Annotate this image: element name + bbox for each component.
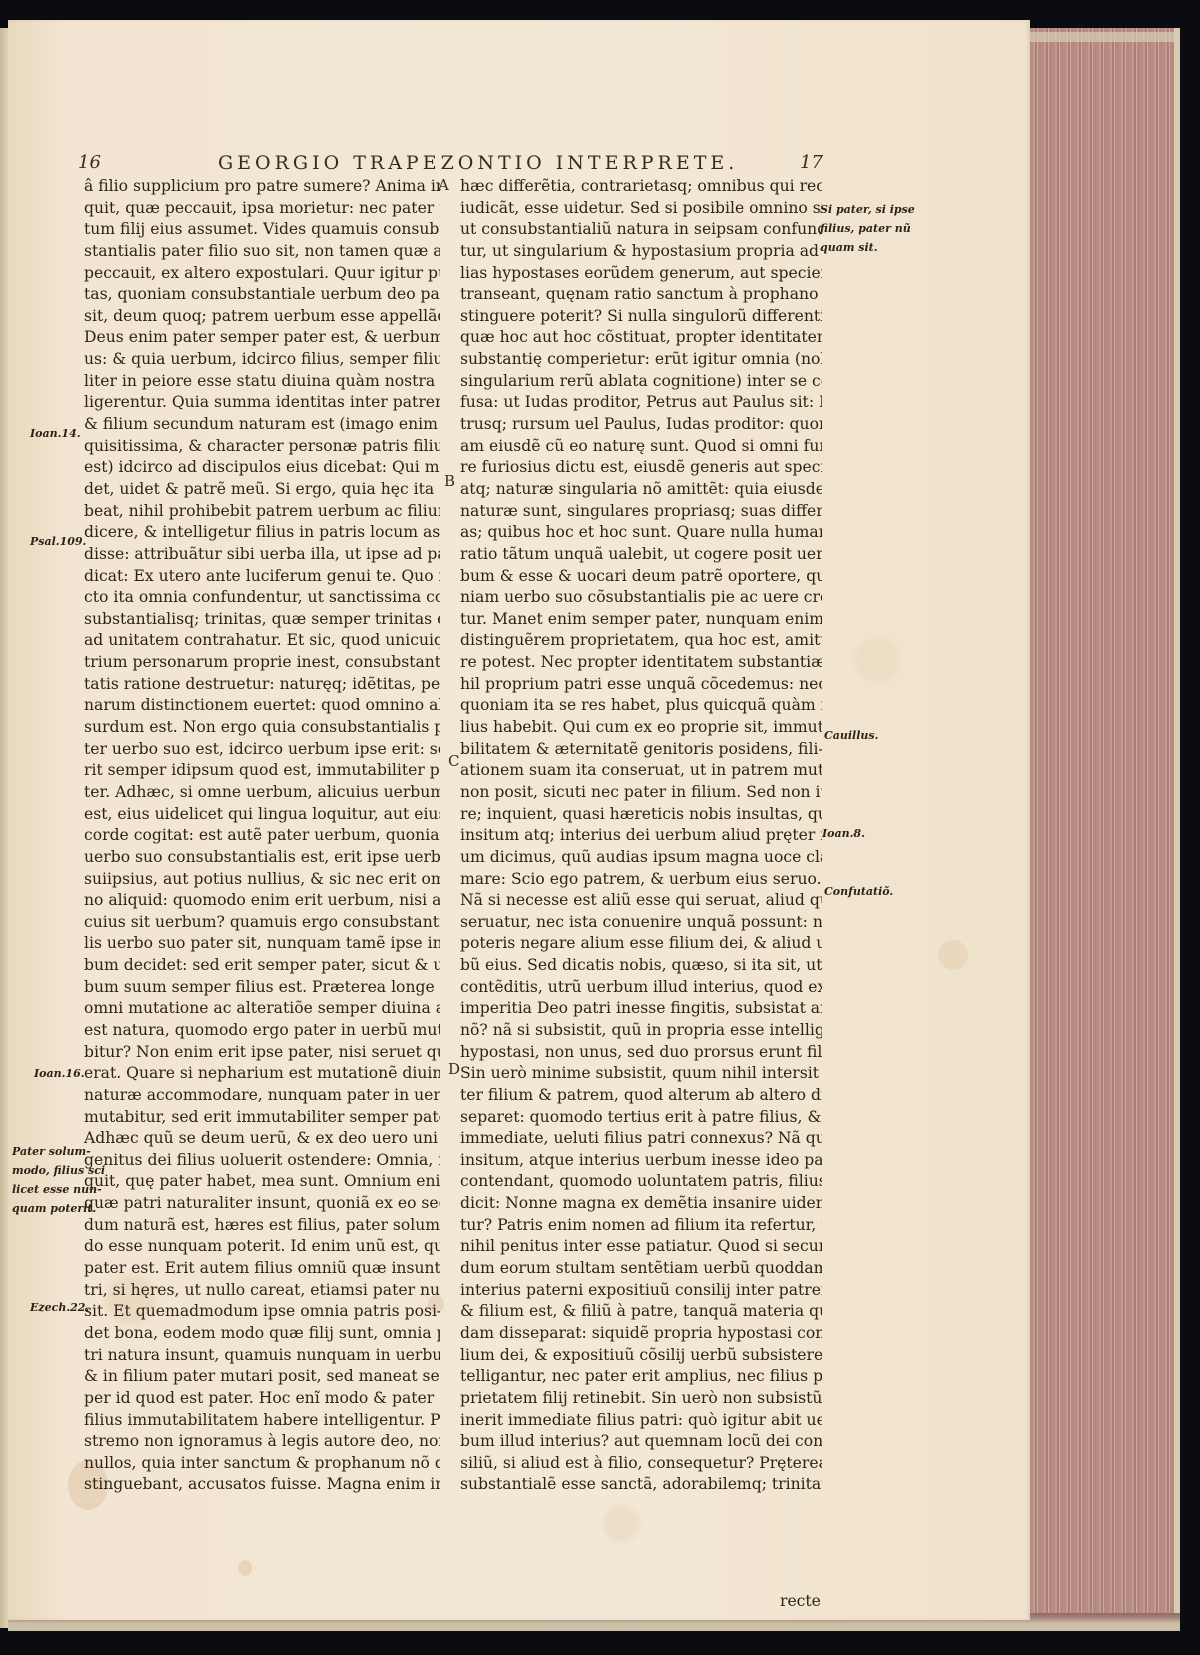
text-line: lis uerbo suo pater sit, nunquam tamẽ ip… <box>84 933 440 955</box>
section-marker-a: A <box>438 176 449 194</box>
running-title: GEORGIO TRAPEZONTIO INTERPRETE. <box>218 152 738 174</box>
text-column-left: â filio supplicium pro patre sumere? Ani… <box>84 176 440 1496</box>
text-line: bilitatem & æternitatẽ genitoris posiden… <box>460 739 822 761</box>
text-line: dicit: Nonne magna ex demẽtia insanire u… <box>460 1193 822 1215</box>
text-line: pater est. Erit autem filius omniũ quæ i… <box>84 1258 440 1280</box>
text-line: mare: Scio ego patrem, & uerbum eius ser… <box>460 869 822 891</box>
text-line: omni mutatione ac alteratiõe semper diui… <box>84 998 440 1020</box>
text-line: contendant, quomodo uoluntatem patris, f… <box>460 1171 822 1193</box>
text-line: hæc differẽtia, contrarietasq; omnibus q… <box>460 176 822 198</box>
text-line: nõ? nã si subsistit, quũ in propria esse… <box>460 1020 822 1042</box>
text-line: tri natura insunt, quamuis nunquam in ue… <box>84 1345 440 1367</box>
text-line: atq; naturæ singularia nõ amittẽt: quia … <box>460 479 822 501</box>
text-line: stremo non ignoramus à legis autore deo,… <box>84 1431 440 1453</box>
text-line: Sin uerò minime subsistit, quum nihil in… <box>460 1063 822 1085</box>
text-line: siliũ, si aliud est à filio, consequetur… <box>460 1453 822 1475</box>
text-line: singularium rerũ ablata cognitione) inte… <box>460 371 822 393</box>
text-line: am eiusdẽ cũ eo naturę sunt. Quod si omn… <box>460 436 822 458</box>
text-line: transeant, quęnam ratio sanctum à propha… <box>460 284 822 306</box>
text-line: as; quibus hoc et hoc sunt. Quare nulla … <box>460 522 822 544</box>
text-line: beat, nihil prohibebit patrem uerbum ac … <box>84 501 440 523</box>
text-line: stinguebant, accusatos fuisse. Magna eni… <box>84 1474 440 1496</box>
text-line: lias hypostases eorũdem generum, aut spe… <box>460 263 822 285</box>
margin-note-si-pater: Si pater, si ipse filius, pater nũ quam … <box>820 200 915 257</box>
text-line: um dicimus, quũ audias ipsum magna uoce … <box>460 847 822 869</box>
text-line: cuius sit uerbum? quamuis ergo consubsta… <box>84 912 440 934</box>
text-line: mutabitur, sed erit immutabiliter semper… <box>84 1107 440 1129</box>
text-line: lius habebit. Qui cum ex eo proprie sit,… <box>460 717 822 739</box>
text-line: substantialisq; trinitas, quæ semper tri… <box>84 609 440 631</box>
margin-note-line: licet esse nun- <box>12 1180 105 1199</box>
margin-note-psal109: Psal.109. <box>30 532 86 551</box>
text-line: cto ita omnia confundentur, ut sanctissi… <box>84 587 440 609</box>
text-line: est, eius uidelicet qui lingua loquitur,… <box>84 804 440 826</box>
margin-note-line: Pater solum- <box>12 1142 105 1161</box>
text-line: bum decidet: sed erit semper pater, sicu… <box>84 955 440 977</box>
margin-note-joan16: Ioan.16. <box>34 1064 85 1083</box>
text-line: tur, ut singularium & hypostasium propri… <box>460 241 822 263</box>
text-line: narum distinctionem euertet: quod omnino… <box>84 695 440 717</box>
text-line: non posit, sicuti nec pater in filium. S… <box>460 782 822 804</box>
foxing-stain <box>238 1560 252 1576</box>
text-line: ut consubstantialiũ natura in seipsam co… <box>460 219 822 241</box>
text-line: bitur? Non enim erit ipse pater, nisi se… <box>84 1042 440 1064</box>
text-line: ter. Adhæc, si omne uerbum, alicuius uer… <box>84 782 440 804</box>
text-line: stantialis pater filio suo sit, non tame… <box>84 241 440 263</box>
text-line: & filium est, & filiũ à patre, tanquã ma… <box>460 1301 822 1323</box>
text-line: uerbo suo consubstantialis est, erit ips… <box>84 847 440 869</box>
text-line: det bona, eodem modo quæ filij sunt, omn… <box>84 1323 440 1345</box>
section-marker-b: B <box>444 472 455 490</box>
text-line: substantialẽ esse sanctã, adorabilemq; t… <box>460 1474 822 1496</box>
text-line: stinguere poterit? Si nulla singulorũ di… <box>460 306 822 328</box>
text-line: dicere, & intelligetur filius in patris … <box>84 522 440 544</box>
text-line: ad unitatem contrahatur. Et sic, quod un… <box>84 630 440 652</box>
text-line: insitum atq; interius dei uerbum aliud p… <box>460 825 822 847</box>
text-line: lium dei, & expositiuũ cõsilij uerbũ sub… <box>460 1345 822 1367</box>
text-line: liter in peiore esse statu diuina quàm n… <box>84 371 440 393</box>
text-line: per id quod est pater. Hoc enĩ modo & pa… <box>84 1388 440 1410</box>
text-line: Deus enim pater semper pater est, & uerb… <box>84 327 440 349</box>
text-line: poteris negare alium esse filium dei, & … <box>460 933 822 955</box>
text-line: quæ patri naturaliter insunt, quoniã ex … <box>84 1193 440 1215</box>
text-line: inerit immediate filius patri: quò igitu… <box>460 1410 822 1432</box>
text-line: imperitia Deo patri inesse fingitis, sub… <box>460 998 822 1020</box>
text-line: erat. Quare si nepharium est mutationẽ d… <box>84 1063 440 1085</box>
text-column-right: hæc differẽtia, contrarietasq; omnibus q… <box>460 176 822 1496</box>
margin-note-joan8: Ioan.8. <box>822 824 865 843</box>
text-line: tatis ratione destruetur: naturęq; idẽti… <box>84 674 440 696</box>
text-line: ligerentur. Quia summa identitas inter p… <box>84 392 440 414</box>
text-line: sit, deum quoq; patrem uerbum esse appel… <box>84 306 440 328</box>
text-line: ratio tãtum unquã ualebit, ut cogere pos… <box>460 544 822 566</box>
text-line: fusa: ut Iudas proditor, Petrus aut Paul… <box>460 392 822 414</box>
margin-note-joan14: Ioan.14. <box>30 424 81 443</box>
text-line: bũ eius. Sed dicatis nobis, quæso, si it… <box>460 955 822 977</box>
text-line: quoniam ita se res habet, plus quicquã q… <box>460 695 822 717</box>
text-line: dum naturã est, hæres est filius, pater … <box>84 1215 440 1237</box>
text-line: ter filium & patrem, quod alterum ab alt… <box>460 1085 822 1107</box>
text-line: Nã si necesse est aliũ esse qui seruat, … <box>460 890 822 912</box>
text-line: re furiosius dictu est, eiusdẽ generis a… <box>460 457 822 479</box>
text-line: telligantur, nec pater erit amplius, nec… <box>460 1366 822 1388</box>
margin-note-ezech22: Ezech.22. <box>30 1298 89 1317</box>
book-bottom-edge-board <box>8 1623 1180 1631</box>
text-line: substantię comperietur: erũt igitur omni… <box>460 349 822 371</box>
section-marker-d: D <box>448 1060 460 1078</box>
text-line: contẽditis, utrũ uerbum illud interius, … <box>460 977 822 999</box>
text-line: trusq; rursum uel Paulus, Iudas proditor… <box>460 414 822 436</box>
foxing-stain <box>938 940 968 970</box>
running-head: 16 GEORGIO TRAPEZONTIO INTERPRETE. 17 <box>78 152 818 176</box>
text-line: quisitissima, & character personæ patris… <box>84 436 440 458</box>
text-line: tur. Manet enim semper pater, nunquam en… <box>460 609 822 631</box>
text-line: dum eorum stultam sentẽtiam uerbũ quodda… <box>460 1258 822 1280</box>
margin-note-pater-solum: Pater solum- modo, filius sci licet esse… <box>12 1142 105 1218</box>
text-line: bum suum semper filius est. Præterea lon… <box>84 977 440 999</box>
text-line: distinguẽrem proprietatem, qua hoc est, … <box>460 630 822 652</box>
text-line: rit semper idipsum quod est, immutabilit… <box>84 760 440 782</box>
text-line: tur? Patris enim nomen ad filium ita ref… <box>460 1215 822 1237</box>
margin-note-line: filius, pater nũ <box>820 219 915 238</box>
text-line: do esse nunquam poterit. Id enim unũ est… <box>84 1236 440 1258</box>
fore-edge-top <box>1030 32 1180 42</box>
margin-note-line: Si pater, si ipse <box>820 200 915 219</box>
text-line: dicat: Ex utero ante luciferum genui te.… <box>84 566 440 588</box>
text-line: bum illud interius? aut quemnam locũ dei… <box>460 1431 822 1453</box>
text-line: peccauit, ex altero expostulari. Quur ig… <box>84 263 440 285</box>
text-line: tri, si hęres, ut nullo careat, etiamsi … <box>84 1280 440 1302</box>
text-line: immediate, ueluti filius patri connexus?… <box>460 1128 822 1150</box>
text-line: us: & quia uerbum, idcirco filius, sempe… <box>84 349 440 371</box>
text-line: suiipsius, aut potius nullius, & sic nec… <box>84 869 440 891</box>
text-line: sit. Et quemadmodum ipse omnia patris po… <box>84 1301 440 1323</box>
text-line: prietatem filij retinebit. Sin uerò non … <box>460 1388 822 1410</box>
folio-number-right: 17 <box>800 152 823 173</box>
text-line: surdum est. Non ergo quia consubstantial… <box>84 717 440 739</box>
text-line: corde cogitat: est autẽ pater uerbum, qu… <box>84 825 440 847</box>
text-line: ationem suam ita conseruat, ut in patrem… <box>460 760 822 782</box>
book-fore-edge <box>1030 28 1180 1620</box>
text-line: est) idcirco ad discipulos eius dicebat:… <box>84 457 440 479</box>
text-line: & in filium pater mutari posit, sed mane… <box>84 1366 440 1388</box>
text-line: quæ hoc aut hoc cõstituat, propter ident… <box>460 327 822 349</box>
section-marker-c: C <box>448 752 459 770</box>
text-line: det, uidet & patrẽ meũ. Si ergo, quia hę… <box>84 479 440 501</box>
text-line: & filium secundum naturam est (imago eni… <box>84 414 440 436</box>
folio-number-left: 16 <box>78 152 101 173</box>
text-line: seruatur, nec ista conuenire unquã possu… <box>460 912 822 934</box>
text-line: iudicãt, esse uidetur. Sed si posibile o… <box>460 198 822 220</box>
text-line: tum filij eius assumet. Vides quamuis co… <box>84 219 440 241</box>
text-line: niam uerbo suo cõsubstantialis pie ac ue… <box>460 587 822 609</box>
text-line: nihil penitus inter esse patiatur. Quod … <box>460 1236 822 1258</box>
text-line: quit, quę pater habet, mea sunt. Omnium … <box>84 1171 440 1193</box>
text-line: hypostasi, non unus, sed duo prorsus eru… <box>460 1042 822 1064</box>
margin-note-line: modo, filius sci <box>12 1161 105 1180</box>
text-line: trium personarum proprie inest, consubst… <box>84 652 440 674</box>
text-line: naturæ accommodare, nunquam pater in uer… <box>84 1085 440 1107</box>
text-line: quit, quæ peccauit, ipsa morietur: nec p… <box>84 198 440 220</box>
text-line: est natura, quomodo ergo pater in uerbũ … <box>84 1020 440 1042</box>
text-line: insitum, atque interius uerbum inesse id… <box>460 1150 822 1172</box>
text-line: separet: quomodo tertius erit à patre fi… <box>460 1107 822 1129</box>
text-line: Adhæc quũ se deum uerũ, & ex deo uero un… <box>84 1128 440 1150</box>
text-line: tas, quoniam consubstantiale uerbum deo … <box>84 284 440 306</box>
text-line: disse: attribuãtur sibi uerba illa, ut i… <box>84 544 440 566</box>
text-line: dam disseparat: siquidẽ propria hypostas… <box>460 1323 822 1345</box>
text-line: bum & esse & uocari deum patrẽ oportere,… <box>460 566 822 588</box>
text-line: no aliquid: quomodo enim erit uerbum, ni… <box>84 890 440 912</box>
text-line: hil proprium patri esse unquã cõcedemus:… <box>460 674 822 696</box>
margin-note-cauillus: Cauillus. <box>824 726 878 745</box>
margin-note-confutatio: Confutatiõ. <box>824 882 893 901</box>
margin-note-line: quam poterit. <box>12 1199 105 1218</box>
text-line: genitus dei filius uoluerit ostendere: O… <box>84 1150 440 1172</box>
text-line: â filio supplicium pro patre sumere? Ani… <box>84 176 440 198</box>
text-line: re potest. Nec propter identitatem subst… <box>460 652 822 674</box>
catchword: recte <box>780 1592 821 1610</box>
text-line: naturæ sunt, singulares propriasq; suas … <box>460 501 822 523</box>
text-line: ter uerbo suo est, idcirco uerbum ipse e… <box>84 739 440 761</box>
text-line: nullos, quia inter sanctum & prophanum n… <box>84 1453 440 1475</box>
text-line: interius paterni expositiuũ consilij int… <box>460 1280 822 1302</box>
margin-note-line: quam sit. <box>820 238 915 257</box>
text-line: re; inquient, quasi hæreticis nobis insu… <box>460 804 822 826</box>
text-line: filius immutabilitatem habere intelligen… <box>84 1410 440 1432</box>
